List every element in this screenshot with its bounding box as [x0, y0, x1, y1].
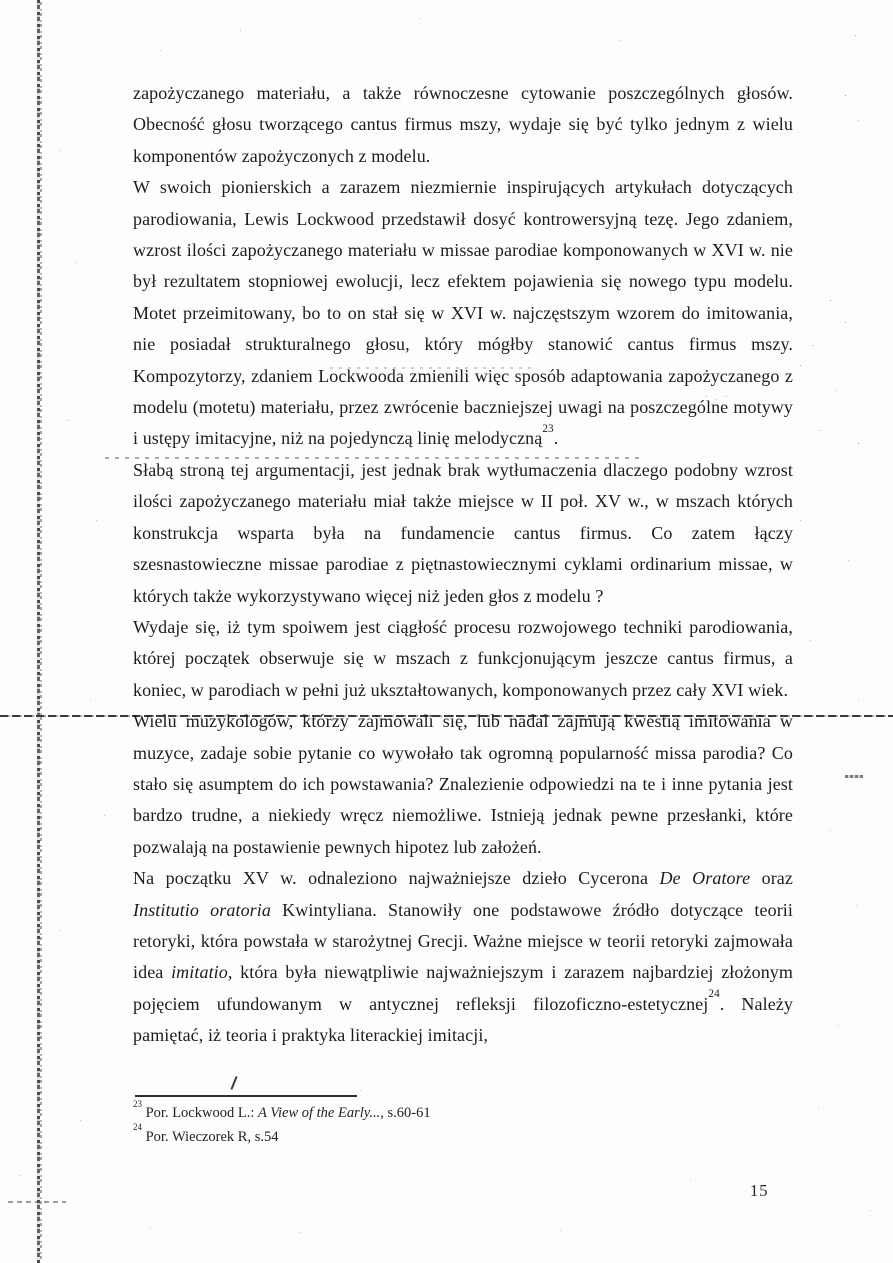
footnote-list: 23 Por. Lockwood L.: A View of the Early… — [133, 1102, 793, 1149]
paragraph: Wielu muzykologów, którzy zajmowali się,… — [133, 706, 793, 863]
text-run: Por. Lockwood L.: — [146, 1105, 258, 1121]
text-run: Słabą stroną tej argumentacji, jest jedn… — [133, 460, 793, 606]
text-run: oraz — [750, 868, 793, 888]
page-number: 15 — [750, 1181, 769, 1201]
text-run: zapożyczanego materiału, a także równocz… — [133, 83, 793, 166]
text-run: Na początku XV w. odnaleziono najważniej… — [133, 868, 660, 888]
text-run: Por. Wieczorek R, s.54 — [146, 1129, 279, 1145]
text-run: , s.60-61 — [380, 1105, 430, 1121]
scan-dash-mark — [845, 775, 863, 778]
text-run: Wielu muzykologów, którzy zajmowali się,… — [133, 711, 793, 857]
text-run: , która była niewątpliwie najważniejszym… — [133, 962, 793, 1013]
paragraph: W swoich pionierskich a zarazem niezmier… — [133, 172, 793, 455]
text-run: Wydaje się, iż tym spoiwem jest ciągłość… — [133, 617, 793, 700]
footnotes-section: 23 Por. Lockwood L.: A View of the Early… — [133, 1095, 793, 1149]
scan-noise — [0, 0, 1, 1]
footnote-reference: 23 — [542, 423, 553, 435]
scanned-document-page: zapożyczanego materiału, a także równocz… — [0, 0, 893, 1263]
footnote-separator — [135, 1095, 357, 1097]
footnote-marker: 23 — [133, 1099, 142, 1109]
text-run: . — [554, 428, 559, 448]
scan-binding-edge-overlay — [40, 0, 42, 1263]
handwritten-tick-mark — [230, 1076, 237, 1090]
paragraph: Słabą stroną tej argumentacji, jest jedn… — [133, 455, 793, 612]
text-run: imitatio — [171, 962, 228, 982]
document-body: zapożyczanego materiału, a także równocz… — [133, 78, 793, 1052]
footnote: 24 Por. Wieczorek R, s.54 — [133, 1126, 793, 1150]
text-run: Institutio oratoria — [133, 900, 271, 920]
scan-dash-mark — [8, 1201, 66, 1203]
text-run: A View of the Early... — [258, 1105, 380, 1121]
footnote: 23 Por. Lockwood L.: A View of the Early… — [133, 1102, 793, 1126]
paragraph: zapożyczanego materiału, a także równocz… — [133, 78, 793, 172]
footnote-marker: 24 — [133, 1122, 142, 1132]
paragraph: Wydaje się, iż tym spoiwem jest ciągłość… — [133, 612, 793, 706]
footnote-reference: 24 — [708, 988, 719, 1000]
paragraph: Na początku XV w. odnaleziono najważniej… — [133, 863, 793, 1051]
text-run: De Oratore — [660, 868, 751, 888]
text-run: W swoich pionierskich a zarazem niezmier… — [133, 177, 793, 448]
